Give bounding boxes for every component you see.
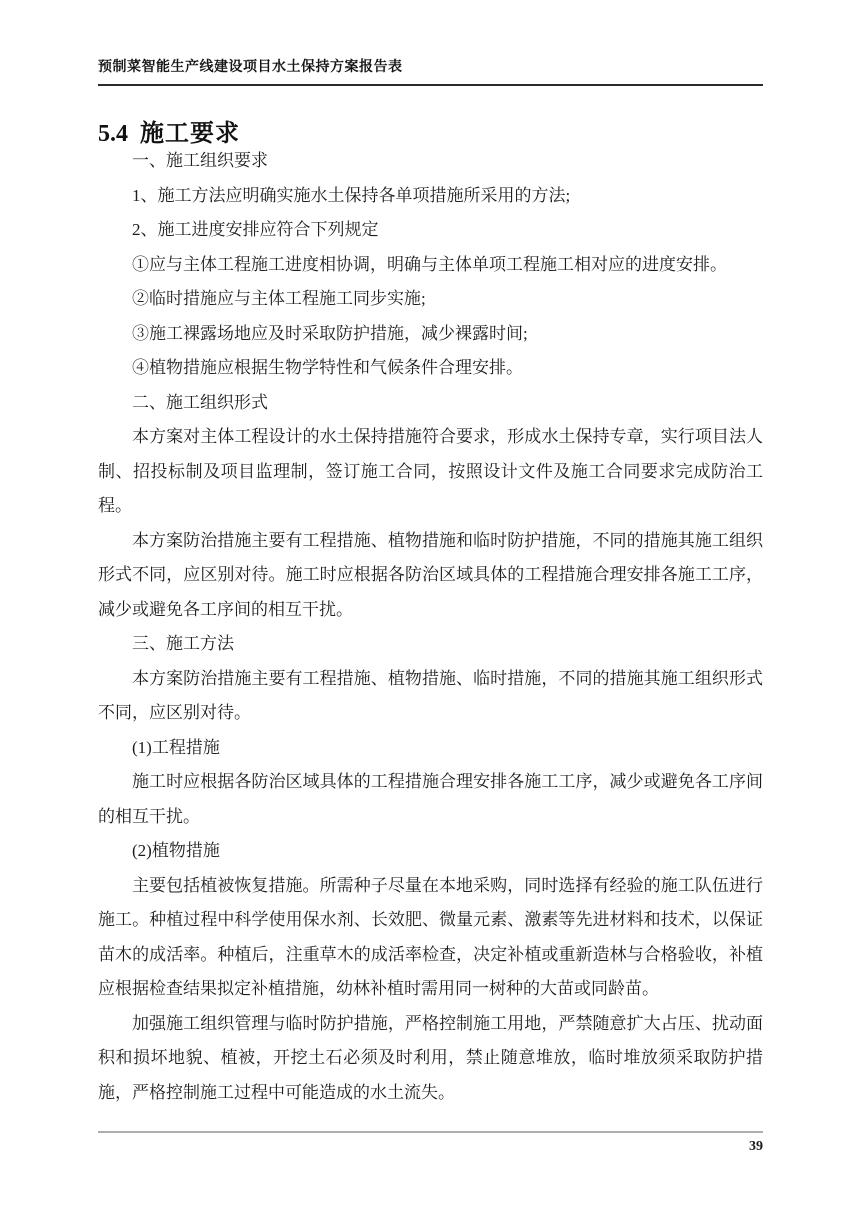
paragraph: 本方案防治措施主要有工程措施、植物措施、临时措施，不同的措施其施工组织形式不同，… [98,662,763,731]
paragraph: ②临时措施应与主体工程施工同步实施; [98,282,763,317]
running-header-text: 预制菜智能生产线建设项目水土保持方案报告表 [98,60,403,75]
paragraph: 加强施工组织管理与临时防护措施，严格控制施工用地，严禁随意扩大占压、扰动面积和损… [98,1007,763,1111]
document-page: 预制菜智能生产线建设项目水土保持方案报告表 5.4施工要求 一、施工组织要求1、… [0,0,860,1216]
paragraph: 施工时应根据各防治区域具体的工程措施合理安排各施工工序，减少或避免各工序间的相互… [98,765,763,834]
paragraph: 1、施工方法应明确实施水土保持各单项措施所采用的方法; [98,179,763,214]
page-number: 39 [749,1139,763,1154]
paragraph: ③施工裸露场地应及时采取防护措施，减少裸露时间; [98,317,763,352]
paragraph: 本方案防治措施主要有工程措施、植物措施和临时防护措施，不同的措施其施工组织形式不… [98,524,763,628]
document-body: 一、施工组织要求1、施工方法应明确实施水土保持各单项措施所采用的方法;2、施工进… [98,144,763,1110]
page-footer: 39 [98,1131,763,1156]
running-header: 预制菜智能生产线建设项目水土保持方案报告表 [98,58,763,86]
paragraph: 三、施工方法 [98,627,763,662]
paragraph: 二、施工组织形式 [98,386,763,421]
paragraph: (2)植物措施 [98,834,763,869]
paragraph: 2、施工进度安排应符合下列规定 [98,213,763,248]
paragraph: ④植物措施应根据生物学特性和气候条件合理安排。 [98,351,763,386]
paragraph: 主要包括植被恢复措施。所需种子尽量在本地采购，同时选择有经验的施工队伍进行施工。… [98,869,763,1007]
paragraph: (1)工程措施 [98,731,763,766]
paragraph: 一、施工组织要求 [98,144,763,179]
paragraph: ①应与主体工程施工进度相协调，明确与主体单项工程施工相对应的进度安排。 [98,248,763,283]
paragraph: 本方案对主体工程设计的水土保持措施符合要求，形成水土保持专章，实行项目法人制、招… [98,420,763,524]
